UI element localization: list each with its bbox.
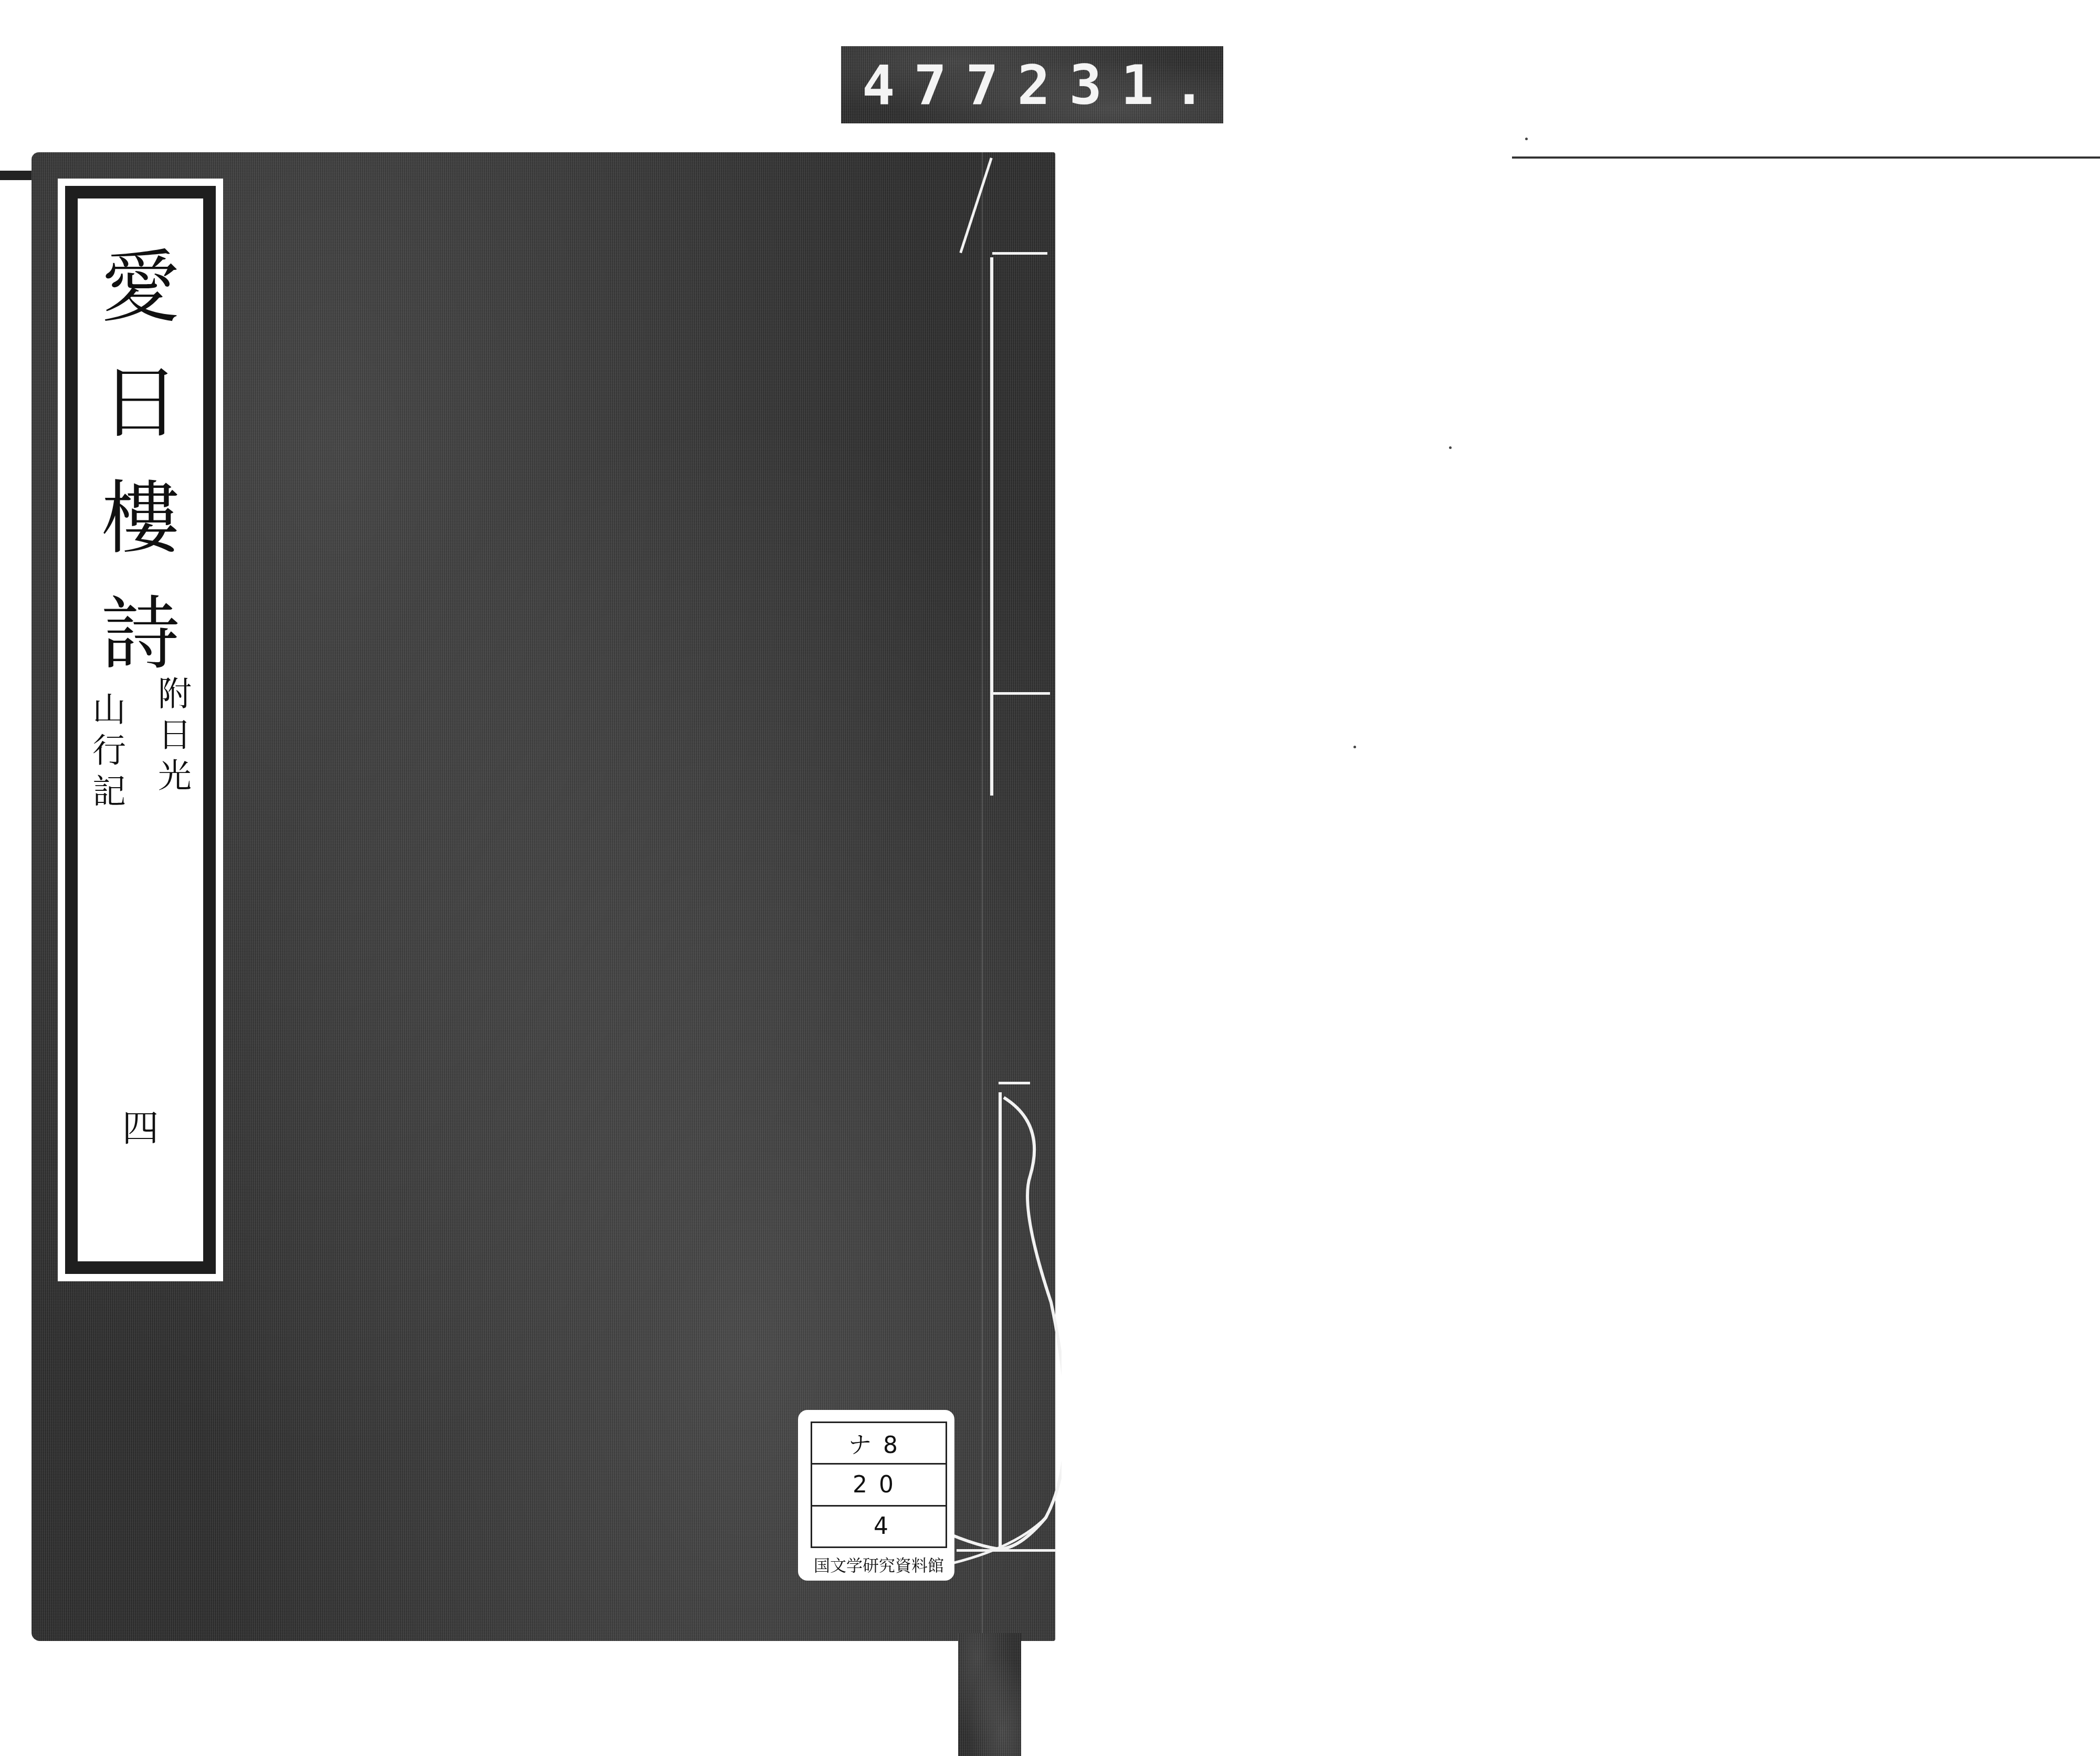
subtitle-char: 山 xyxy=(92,689,126,730)
library-institution: 国文学研究資料館 xyxy=(811,1552,947,1576)
subtitle-char: 日 xyxy=(158,715,192,756)
title-slip-border: 愛 日 樓 詩 附 日 光 山 行 記 四 xyxy=(65,186,216,1274)
binding-thread xyxy=(992,252,1047,255)
subtitle-left: 山 行 記 xyxy=(92,689,126,812)
library-label: ナ8 20 4 国文学研究資料館 xyxy=(798,1410,954,1581)
call-number-plate: 477 231. xyxy=(841,46,1223,123)
book-title: 愛 日 樓 詩 xyxy=(101,230,180,692)
title-slip: 愛 日 樓 詩 附 日 光 山 行 記 四 xyxy=(58,179,223,1281)
call-number-right: 231. xyxy=(1017,53,1224,117)
subtitle-right: 附 日 光 xyxy=(158,674,192,797)
binding-thread xyxy=(992,692,1050,695)
title-char: 日 xyxy=(101,346,180,461)
label-row-3: 4 xyxy=(812,1507,946,1546)
library-label-grid: ナ8 20 4 xyxy=(811,1421,947,1548)
subtitle-char: 附 xyxy=(158,674,192,715)
volume-number: 四 xyxy=(122,1099,159,1152)
subtitle-char: 記 xyxy=(92,771,126,812)
scan-speck xyxy=(1525,138,1528,140)
subtitle-char: 行 xyxy=(92,730,126,771)
spine-binding xyxy=(982,152,1056,1641)
bottom-tab xyxy=(958,1633,1021,1756)
title-char: 愛 xyxy=(101,230,180,346)
subtitle-char: 光 xyxy=(158,756,192,797)
label-row-1: ナ8 xyxy=(812,1423,946,1465)
label-row-2: 20 xyxy=(812,1465,946,1506)
title-char: 樓 xyxy=(101,461,180,577)
binding-thread xyxy=(990,257,993,796)
scan-edge-line xyxy=(1512,156,2100,159)
scan-speck xyxy=(1449,446,1452,449)
scan-speck xyxy=(1353,746,1356,748)
call-number-left: 477 xyxy=(862,53,1017,117)
